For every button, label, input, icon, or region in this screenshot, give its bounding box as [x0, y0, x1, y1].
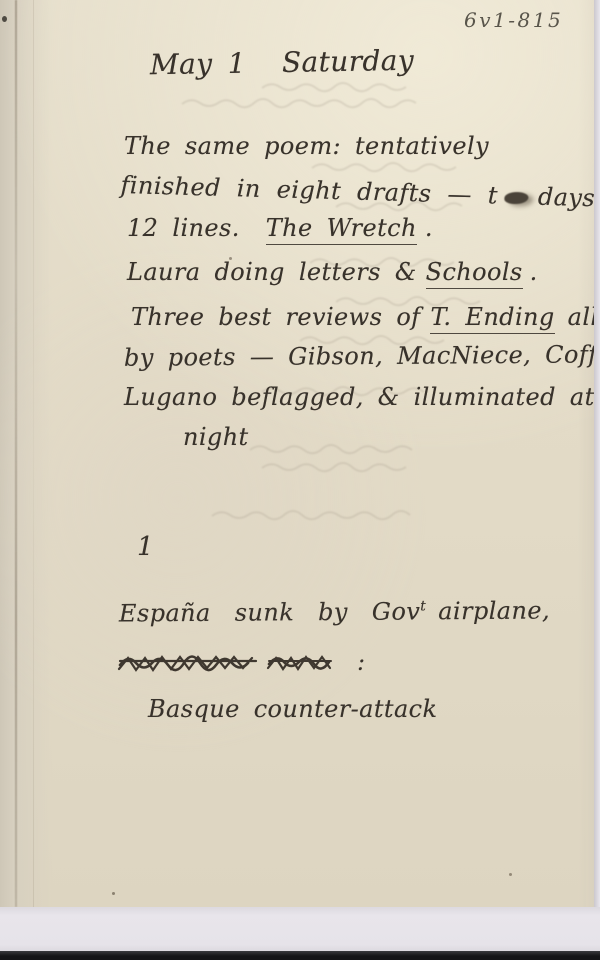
paper-speck — [112, 892, 115, 895]
underlined-poem-title: The Wretch — [266, 214, 417, 245]
entry-text: airplane, — [438, 596, 550, 625]
scanned-manuscript-page: 6v1-815 May 1Saturday The same poem: ten… — [0, 0, 600, 960]
scanner-bed-strip — [0, 907, 600, 954]
ink-speck — [2, 16, 7, 22]
entry-text: all — [568, 303, 596, 331]
entry-line-poem-2: finished in eight drafts — tdays, — [120, 171, 596, 212]
entry-line-espana: España sunk by Govtairplane, — [119, 596, 550, 627]
entry-text: Laura doing letters & — [127, 258, 417, 286]
superscript-t: t — [420, 598, 426, 614]
underlined-word-schools: Schools — [426, 258, 523, 289]
paper-speck — [509, 873, 512, 876]
entry-line-basque: Basque counter-attack — [148, 695, 437, 723]
entry-line-laura: Laura doing letters &Schools. — [127, 258, 538, 286]
scanner-bed-edge — [594, 0, 600, 907]
entry-text: España sunk by Gov — [119, 597, 420, 627]
entry-text: . — [425, 214, 433, 242]
paper-leaf: 6v1-815 May 1Saturday The same poem: ten… — [0, 0, 596, 907]
entry-date: May 1 — [150, 47, 246, 82]
entry-line-reviews-2: by poets — Gibson, MacNiece, Coffey — [124, 340, 596, 372]
page-numeral: 1 — [137, 532, 154, 562]
entry-line-poem-1: The same poem: tentatively — [124, 132, 489, 160]
archive-mark: 6v1-815 — [464, 8, 563, 32]
entry-line-reviews-1: Three best reviews ofT. Endingall — [131, 303, 596, 331]
entry-line-poem-3: 12 lines.The Wretch. — [127, 214, 433, 242]
underlined-work-title: T. Ending — [430, 303, 554, 334]
scribbled-out-text — [117, 648, 349, 678]
entry-text: 12 lines. — [127, 214, 240, 242]
ink-blot — [504, 191, 528, 204]
entry-text: . — [530, 258, 538, 286]
entry-weekday: Saturday — [282, 44, 415, 79]
binding-crease-faint — [33, 0, 34, 907]
entry-text: finished in eight drafts — t — [120, 171, 498, 210]
entry-line-lugano-2: night — [183, 423, 249, 451]
scanner-bed-shadow — [0, 951, 600, 960]
entry-text: days, — [538, 183, 596, 213]
entry-text: Three best reviews of — [131, 303, 420, 331]
entry-date-heading: May 1Saturday — [150, 44, 415, 82]
binding-crease — [15, 0, 17, 907]
entry-text: : — [357, 648, 365, 676]
entry-line-lugano-1: Lugano beflagged, & illuminated at — [124, 383, 595, 411]
crossed-out-line: : — [117, 648, 365, 678]
